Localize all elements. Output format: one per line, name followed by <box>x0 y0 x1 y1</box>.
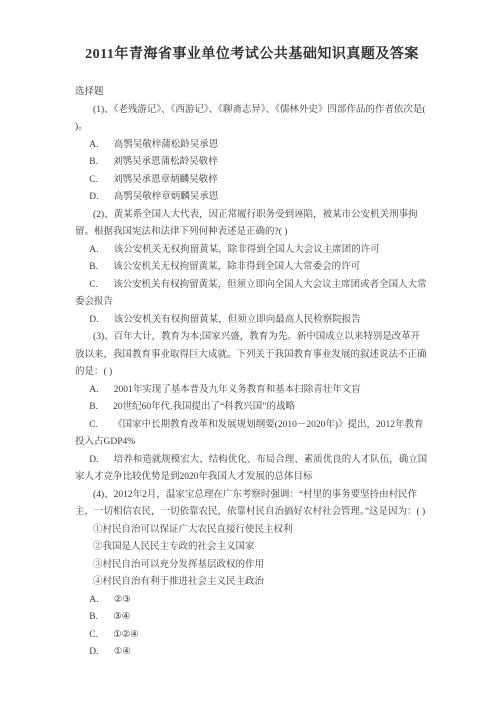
question-1: (1)、《老残游记》、《西游记》、《聊斋志异》、《儒林外史》四部作品的作者依次是… <box>75 102 429 207</box>
option-text: 高鹗吴敬梓蒲松龄吴承恩 <box>114 140 219 150</box>
option-label: C. <box>89 417 98 435</box>
document-page: 2011年青海省事业单位考试公共基础知识真题及答案 选择题 (1)、《老残游记》… <box>0 0 499 706</box>
page-title: 2011年青海省事业单位考试公共基础知识真题及答案 <box>75 46 429 63</box>
question-3-stem: (3)、百年大计，教育为本;国家兴盛，教育为先。新中国成立以来特别是改革开放以来… <box>75 329 429 382</box>
option-text: 该公安机关无权拘留黄某，除非得到全国人大会议主席团的许可 <box>114 245 380 255</box>
option-text: 该公安机关无权拘留黄某，除非得到全国人大常委会的许可 <box>113 262 360 272</box>
option-text: 高鹗吴敬梓章炳麟吴承恩 <box>114 192 219 202</box>
question-1-option-b: B.刘鹗吴承恩蒲松龄吴敬梓 <box>75 154 429 172</box>
option-label: B. <box>89 154 98 172</box>
question-2-option-c: C.该公安机关有权拘留黄某，但须立即向全国人大会议主席团或者全国人大常委会报告 <box>75 277 429 312</box>
question-3-option-d: D.培养和造就规模宏大、结构优化、布局合理、素质优良的人才队伍，确立国家人才竞争… <box>75 452 429 487</box>
option-text: 培养和造就规模宏大、结构优化、布局合理、素质优良的人才队伍，确立国家人才竞争比较… <box>75 455 427 483</box>
option-text: ①④ <box>114 647 131 657</box>
option-label: B. <box>89 399 98 417</box>
question-3-option-b: B.20世纪60年代.我国提出了“科教兴国”的战略 <box>75 399 429 417</box>
option-text: ②③ <box>114 595 131 605</box>
option-label: C. <box>89 277 98 295</box>
option-text: 《国家中长期教育改革和发展规划纲要(2010－2020年)》提出，2012年教育… <box>75 420 423 448</box>
question-2-option-b: B.该公安机关无权拘留黄某，除非得到全国人大常委会的许可 <box>75 259 429 277</box>
question-4-option-b: B.③④ <box>75 609 429 627</box>
question-1-stem: (1)、《老残游记》、《西游记》、《聊斋志异》、《儒林外史》四部作品的作者依次是… <box>75 102 429 137</box>
section-label: 选择题 <box>75 84 429 102</box>
question-1-option-a: A.高鹗吴敬梓蒲松龄吴承恩 <box>75 137 429 155</box>
option-label: D. <box>89 452 98 470</box>
option-text: 2001年实现了基本普及九年义务教育和基本扫除青壮年文盲 <box>114 385 361 395</box>
option-label: D. <box>89 644 98 662</box>
option-label: A. <box>89 592 98 610</box>
question-2: (2)、黄某系全国人大代表，因正常履行职务受到诬陷，被某市公安机关刑事拘留。根据… <box>75 207 429 330</box>
question-4: (4)、2012年2月，温家宝总理在广东考察时强调：“村里的事务要坚持由村民作主… <box>75 487 429 662</box>
option-text: 刘鹗吴承恩蒲松龄吴敬梓 <box>113 157 218 167</box>
question-1-option-d: D.高鹗吴敬梓章炳麟吴承恩 <box>75 189 429 207</box>
question-3: (3)、百年大计，教育为本;国家兴盛，教育为先。新中国成立以来特别是改革开放以来… <box>75 329 429 487</box>
option-text: 该公安机关有权拘留黄某，但须立即向最高人民检察院报告 <box>114 315 361 325</box>
option-label: A. <box>89 242 98 260</box>
option-text: 20世纪60年代.我国提出了“科教兴国”的战略 <box>113 402 295 412</box>
question-1-option-c: C.刘鹗吴承恩章炳麟吴敬梓 <box>75 172 429 190</box>
option-label: D. <box>89 312 98 330</box>
option-text: 该公安机关有权拘留黄某，但须立即向全国人大会议主席团或者全国人大常委会报告 <box>75 280 427 308</box>
question-4-stem: (4)、2012年2月，温家宝总理在广东考察时强调：“村里的事务要坚持由村民作主… <box>75 487 429 522</box>
question-4-item-2: ②我国是人民民主专政的社会主义国家 <box>75 539 429 557</box>
question-2-option-d: D.该公安机关有权拘留黄某，但须立即向最高人民检察院报告 <box>75 312 429 330</box>
option-label: C. <box>89 172 98 190</box>
option-label: B. <box>89 259 98 277</box>
question-4-option-c: C.①②④ <box>75 627 429 645</box>
question-4-item-4: ④村民自治有利于推进社会主义民主政治 <box>75 574 429 592</box>
question-4-option-d: D.①④ <box>75 644 429 662</box>
option-label: A. <box>89 382 98 400</box>
option-label: B. <box>89 609 98 627</box>
question-4-option-a: A.②③ <box>75 592 429 610</box>
option-label: C. <box>89 627 98 645</box>
question-2-stem: (2)、黄某系全国人大代表，因正常履行职务受到诬陷，被某市公安机关刑事拘留。根据… <box>75 207 429 242</box>
question-3-option-c: C.《国家中长期教育改革和发展规划纲要(2010－2020年)》提出，2012年… <box>75 417 429 452</box>
option-text: ①②④ <box>113 630 139 640</box>
question-3-option-a: A.2001年实现了基本普及九年义务教育和基本扫除青壮年文盲 <box>75 382 429 400</box>
option-text: ③④ <box>113 612 130 622</box>
question-4-item-3: ③村民自治可以充分发挥基层政权的作用 <box>75 557 429 575</box>
question-4-item-1: ①村民自治可以保证广大农民直接行使民主权利 <box>75 522 429 540</box>
option-label: D. <box>89 189 98 207</box>
question-2-option-a: A.该公安机关无权拘留黄某，除非得到全国人大会议主席团的许可 <box>75 242 429 260</box>
option-text: 刘鹗吴承恩章炳麟吴敬梓 <box>113 175 218 185</box>
option-label: A. <box>89 137 98 155</box>
